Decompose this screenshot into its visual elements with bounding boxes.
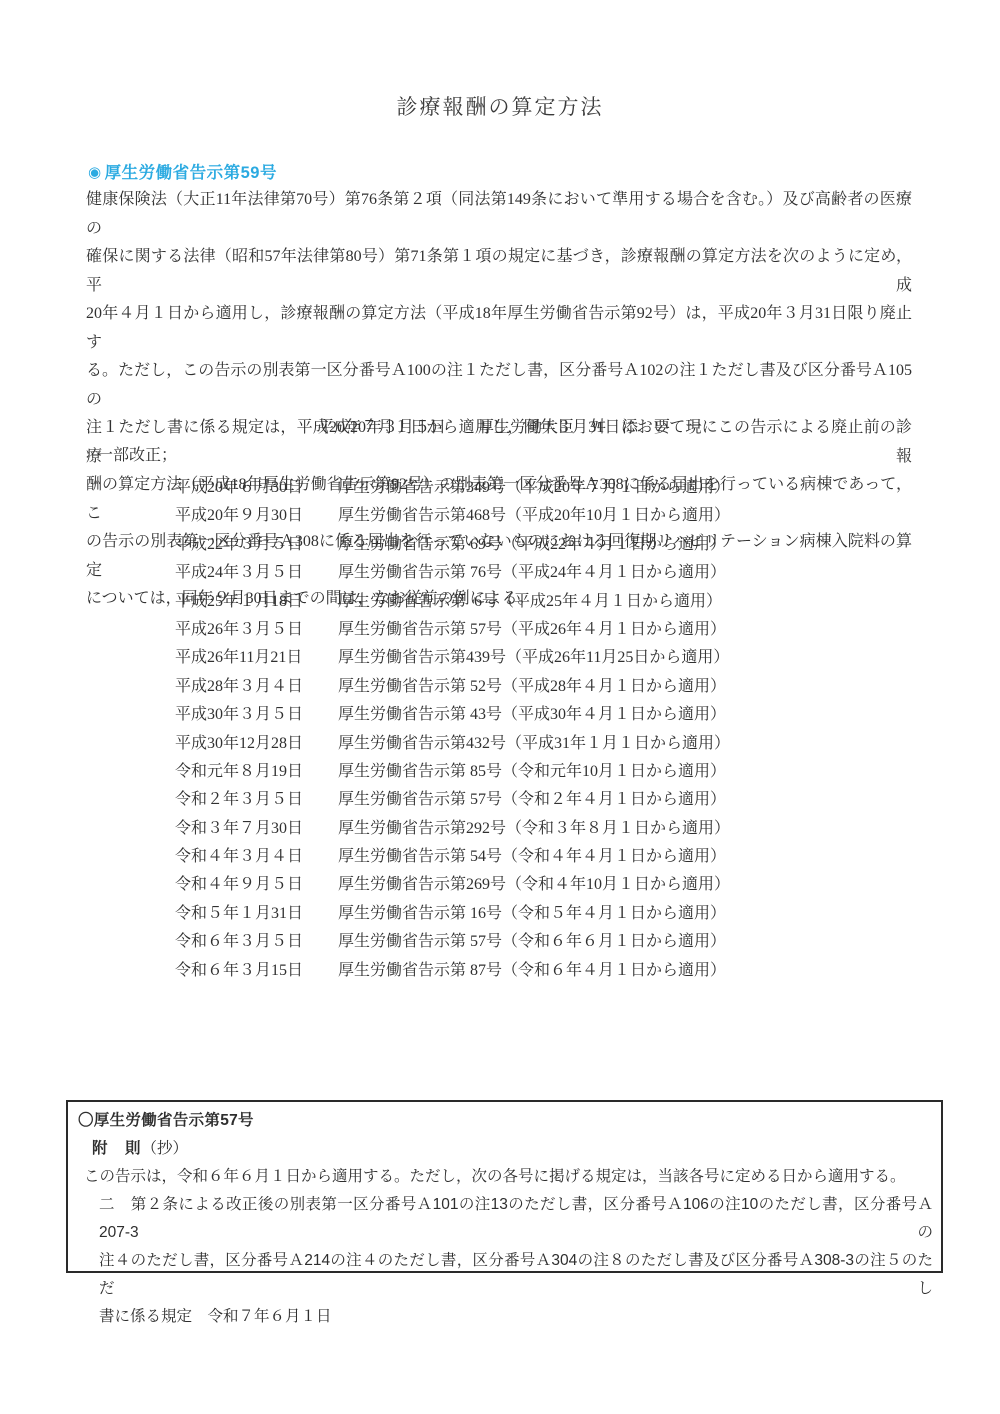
amendment-notice: 厚生労働省告示第 16号（令和５年４月１日から適用） xyxy=(338,900,726,928)
amendment-row: 令和３年７月30日 厚生労働省告示第292号（令和３年８月１日から適用） xyxy=(175,815,730,843)
amendment-notice: 厚生労働省告示第 57号（令和６年６月１日から適用） xyxy=(338,928,726,956)
amendment-row: 平成25年１月18日 厚生労働省告示第 6号（平成25年４月１日から適用） xyxy=(175,588,730,616)
amendment-notice: 厚生労働省告示第 6号（平成25年４月１日から適用） xyxy=(338,588,722,616)
notice59-header-label: 厚生労働省告示第59号 xyxy=(105,159,277,183)
amendment-notice: 厚生労働省告示第 69号（平成22年４月１日から適用） xyxy=(338,531,726,559)
supplement-item-line: 注４のただし書，区分番号Ａ214の注４のただし書，区分番号Ａ304の注８のただし… xyxy=(90,1247,933,1303)
document-page: 診療報酬の算定方法 ◉ 厚生労働省告示第59号 健康保険法（大正11年法律第70… xyxy=(0,0,1000,1414)
amendment-date: 令和２年３月５日 xyxy=(175,786,338,814)
amendment-date: 令和５年１月31日 xyxy=(175,900,338,928)
supplement-subheader: 附 則（抄） xyxy=(78,1135,933,1163)
supplement-note: （抄） xyxy=(142,1140,189,1157)
amendment-notice: 厚生労働省告示第292号（令和３年８月１日から適用） xyxy=(338,815,730,843)
paragraph-line: 20年４月１日から適用し，診療報酬の算定方法（平成18年厚生労働省告示第92号）… xyxy=(86,300,912,357)
amendment-row: 令和６年３月５日 厚生労働省告示第 57号（令和６年６月１日から適用） xyxy=(175,928,730,956)
amendment-row: 平成30年12月28日 厚生労働省告示第432号（平成31年１月１日から適用） xyxy=(175,730,730,758)
amendment-date: 平成28年３月４日 xyxy=(175,673,338,701)
amendment-date: 平成20年９月30日 xyxy=(175,502,338,530)
page-title: 診療報酬の算定方法 xyxy=(0,91,1000,121)
amendment-row: 令和５年１月31日 厚生労働省告示第 16号（令和５年４月１日から適用） xyxy=(175,900,730,928)
amendment-row: 平成26年３月５日 厚生労働省告示第 57号（平成26年４月１日から適用） xyxy=(175,616,730,644)
amendment-date: 平成20年６月30日 xyxy=(175,474,338,502)
amendment-date: 令和６年３月15日 xyxy=(175,957,338,985)
amendment-date: 令和４年９月５日 xyxy=(175,871,338,899)
amendment-notice: 厚生労働省告示第439号（平成26年11月25日から適用） xyxy=(338,644,729,672)
amendment-date: 平成26年11月21日 xyxy=(175,644,338,672)
notice57-header: 〇厚生労働省告示第57号 xyxy=(78,1107,933,1135)
supplement-item-line: 二 第２条による改正後の別表第一区分番号Ａ101の注13のただし書，区分番号Ａ1… xyxy=(90,1191,933,1247)
amendment-date: 令和４年３月４日 xyxy=(175,843,338,871)
amendments-label: 一部改正； xyxy=(97,442,177,471)
amendment-date: 令和３年７月30日 xyxy=(175,815,338,843)
amendment-date: 令和元年８月19日 xyxy=(175,758,338,786)
supplement-item-line: 書に係る規定 令和７年６月１日 xyxy=(90,1303,933,1331)
amendment-date: 平成26年３月５日 xyxy=(175,616,338,644)
amendment-notice: 厚生労働省告示第 76号（平成24年４月１日から適用） xyxy=(338,559,726,587)
amendment-notice: 厚生労働省告示第 52号（平成28年４月１日から適用） xyxy=(338,673,726,701)
amendment-notice: 厚生労働省告示第468号（平成20年10月１日から適用） xyxy=(338,502,730,530)
notice59-header: ◉ 厚生労働省告示第59号 xyxy=(88,159,277,183)
amendment-notice: 厚生労働省告示第349号（平成20年７月１日から適用） xyxy=(338,474,730,502)
amendment-row: 平成20年６月30日 厚生労働省告示第349号（平成20年７月１日から適用） xyxy=(175,474,730,502)
amendment-notice: 厚生労働省告示第 57号（平成26年４月１日から適用） xyxy=(338,616,726,644)
amendment-date: 平成25年１月18日 xyxy=(175,588,338,616)
supplement-box: 〇厚生労働省告示第57号 附 則（抄） この告示は，令和６年６月１日から適用する… xyxy=(66,1100,943,1273)
amendment-notice: 厚生労働省告示第269号（令和４年10月１日から適用） xyxy=(338,871,730,899)
amendment-row: 令和元年８月19日 厚生労働省告示第 85号（令和元年10月１日から適用） xyxy=(175,758,730,786)
amendment-notice: 厚生労働省告示第 43号（平成30年４月１日から適用） xyxy=(338,701,726,729)
amendment-row: 令和４年３月４日 厚生労働省告示第 54号（令和４年４月１日から適用） xyxy=(175,843,730,871)
amendment-row: 令和６年３月15日 厚生労働省告示第 87号（令和６年４月１日から適用） xyxy=(175,957,730,985)
amendment-row: 平成26年11月21日 厚生労働省告示第439号（平成26年11月25日から適用… xyxy=(175,644,730,672)
amendment-date: 平成24年３月５日 xyxy=(175,559,338,587)
supplement-intro: この告示は，令和６年６月１日から適用する。ただし，次の各号に掲げる規定は，当該各… xyxy=(78,1163,933,1191)
paragraph-line: る。ただし，この告示の別表第一区分番号Ａ100の注１ただし書，区分番号Ａ102の… xyxy=(86,357,912,414)
paragraph-line: 確保に関する法律（昭和57年法律第80号）第71条第１項の規定に基づき，診療報酬… xyxy=(86,243,912,300)
amendment-notice: 厚生労働省告示第 57号（令和２年４月１日から適用） xyxy=(338,786,726,814)
amendment-row: 令和４年９月５日 厚生労働省告示第269号（令和４年10月１日から適用） xyxy=(175,871,730,899)
amendment-row: 平成28年３月４日 厚生労働省告示第 52号（平成28年４月１日から適用） xyxy=(175,673,730,701)
amendment-row: 平成20年９月30日 厚生労働省告示第468号（平成20年10月１日から適用） xyxy=(175,502,730,530)
amendment-row: 平成30年３月５日 厚生労働省告示第 43号（平成30年４月１日から適用） xyxy=(175,701,730,729)
bullet-icon: ◉ xyxy=(88,165,102,180)
amendment-notice: 厚生労働省告示第 85号（令和元年10月１日から適用） xyxy=(338,758,726,786)
paragraph-line: 健康保険法（大正11年法律第70号）第76条第２項（同法第149条において準用す… xyxy=(86,186,912,243)
amendment-date: 平成30年３月５日 xyxy=(175,701,338,729)
amendment-notice: 厚生労働省告示第 87号（令和６年４月１日から適用） xyxy=(338,957,726,985)
amendment-list: 平成20年６月30日 厚生労働省告示第349号（平成20年７月１日から適用） 平… xyxy=(175,474,730,985)
supplement-title: 附 則 xyxy=(92,1140,142,1157)
promulgation-line: 平成20年３月５日 厚生労働大臣 舛 添 要 一 xyxy=(318,414,702,443)
amendment-date: 平成30年12月28日 xyxy=(175,730,338,758)
amendment-notice: 厚生労働省告示第432号（平成31年１月１日から適用） xyxy=(338,730,730,758)
amendment-row: 令和２年３月５日 厚生労働省告示第 57号（令和２年４月１日から適用） xyxy=(175,786,730,814)
amendment-date: 平成22年３月５日 xyxy=(175,531,338,559)
amendment-notice: 厚生労働省告示第 54号（令和４年４月１日から適用） xyxy=(338,843,726,871)
amendment-date: 令和６年３月５日 xyxy=(175,928,338,956)
supplement-item: 二 第２条による改正後の別表第一区分番号Ａ101の注13のただし書，区分番号Ａ1… xyxy=(78,1191,933,1331)
amendment-row: 平成22年３月５日 厚生労働省告示第 69号（平成22年４月１日から適用） xyxy=(175,531,730,559)
amendment-row: 平成24年３月５日 厚生労働省告示第 76号（平成24年４月１日から適用） xyxy=(175,559,730,587)
